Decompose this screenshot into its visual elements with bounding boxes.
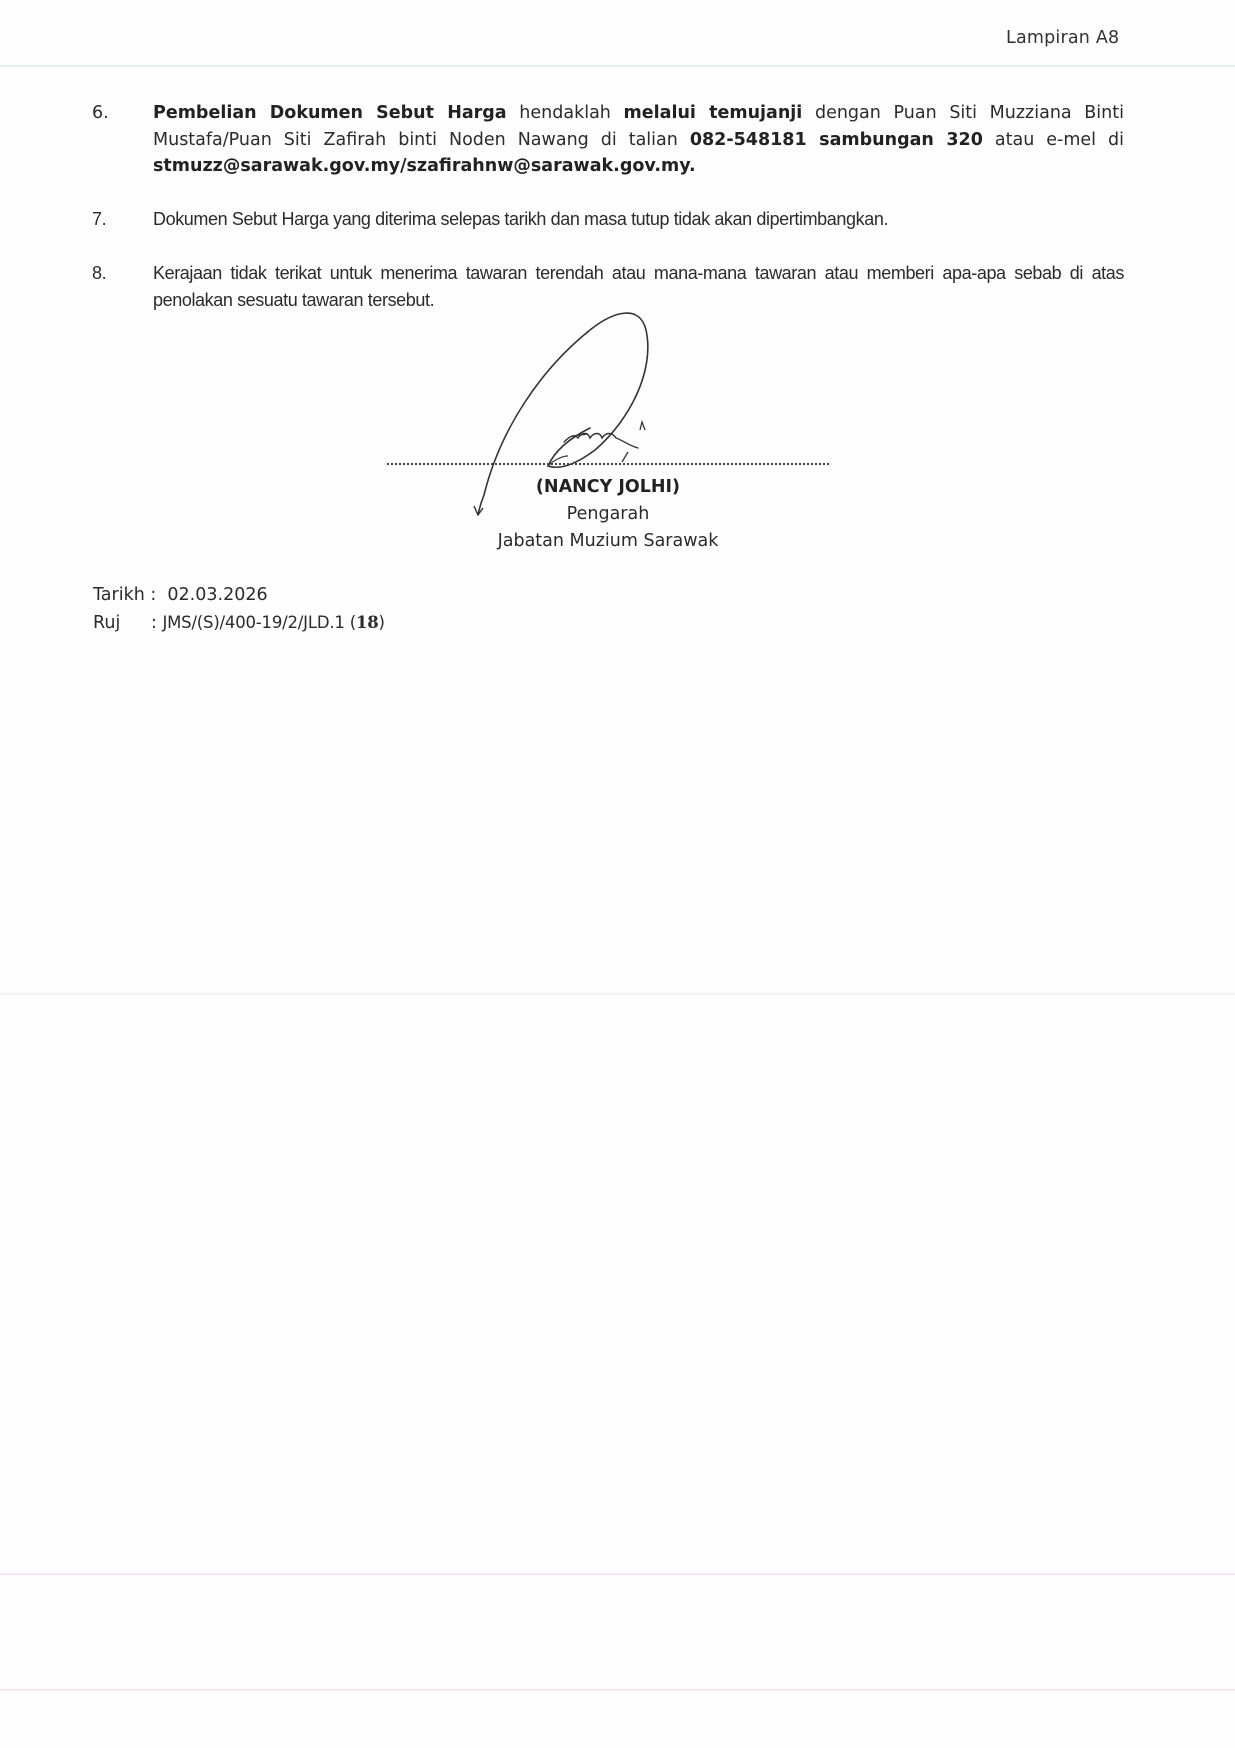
paragraph-7: 7. Dokumen Sebut Harga yang diterima sel…: [92, 206, 1124, 233]
phone-number: 082-548181 sambungan 320: [690, 130, 983, 150]
text-bold: melalui temujanji: [624, 103, 803, 123]
date-row: Tarikh : 02.03.2026: [93, 582, 385, 609]
email-addresses: stmuzz@sarawak.gov.my/szafirahnw@sarawak…: [153, 156, 696, 176]
paragraph-body: Kerajaan tidak terikat untuk menerima ta…: [153, 260, 1124, 314]
colon-separator: :: [151, 613, 162, 633]
reference-value: JMS/(S)/400-19/2/JLD.1 (: [162, 613, 356, 632]
paragraph-6: 6. Pembelian Dokumen Sebut Harga hendakl…: [92, 100, 1124, 180]
scan-artifact-line: [0, 65, 1235, 67]
signatory-name: (NANCY JOLHI): [387, 474, 829, 501]
paragraph-number: 7.: [92, 206, 132, 233]
paragraph-number: 6.: [92, 100, 132, 127]
paragraph-body: Dokumen Sebut Harga yang diterima selepa…: [153, 206, 1124, 233]
date-label: Tarikh: [93, 585, 145, 605]
reference-handwritten-number: 18: [356, 613, 379, 632]
reference-label: Ruj: [93, 610, 151, 637]
signatory-department: Jabatan Muzium Sarawak: [387, 528, 829, 555]
text-bold: Pembelian Dokumen Sebut Harga: [153, 103, 507, 123]
reference-row: Ruj: JMS/(S)/400-19/2/JLD.1 (18): [93, 609, 385, 637]
scan-artifact-line: [0, 1689, 1235, 1691]
signatory-title: Pengarah: [387, 501, 829, 528]
scan-artifact-line: [0, 1573, 1235, 1575]
paragraph-body: Pembelian Dokumen Sebut Harga hendaklah …: [153, 100, 1124, 180]
signature-line: [387, 463, 829, 465]
attachment-reference: Lampiran A8: [1006, 28, 1119, 48]
text: hendaklah: [507, 103, 624, 123]
scan-artifact-line: [0, 993, 1235, 995]
colon-separator: :: [145, 585, 168, 605]
document-page: Lampiran A8 6. Pembelian Dokumen Sebut H…: [0, 0, 1235, 1748]
paragraph-8: 8. Kerajaan tidak terikat untuk menerima…: [92, 260, 1124, 314]
paragraph-number: 8.: [92, 260, 132, 287]
date-value: 02.03.2026: [167, 585, 267, 605]
text: atau e-mel di: [983, 130, 1124, 150]
document-meta: Tarikh : 02.03.2026 Ruj: JMS/(S)/400-19/…: [93, 582, 385, 637]
signatory-block: (NANCY JOLHI) Pengarah Jabatan Muzium Sa…: [387, 474, 829, 555]
reference-close: ): [379, 613, 385, 632]
